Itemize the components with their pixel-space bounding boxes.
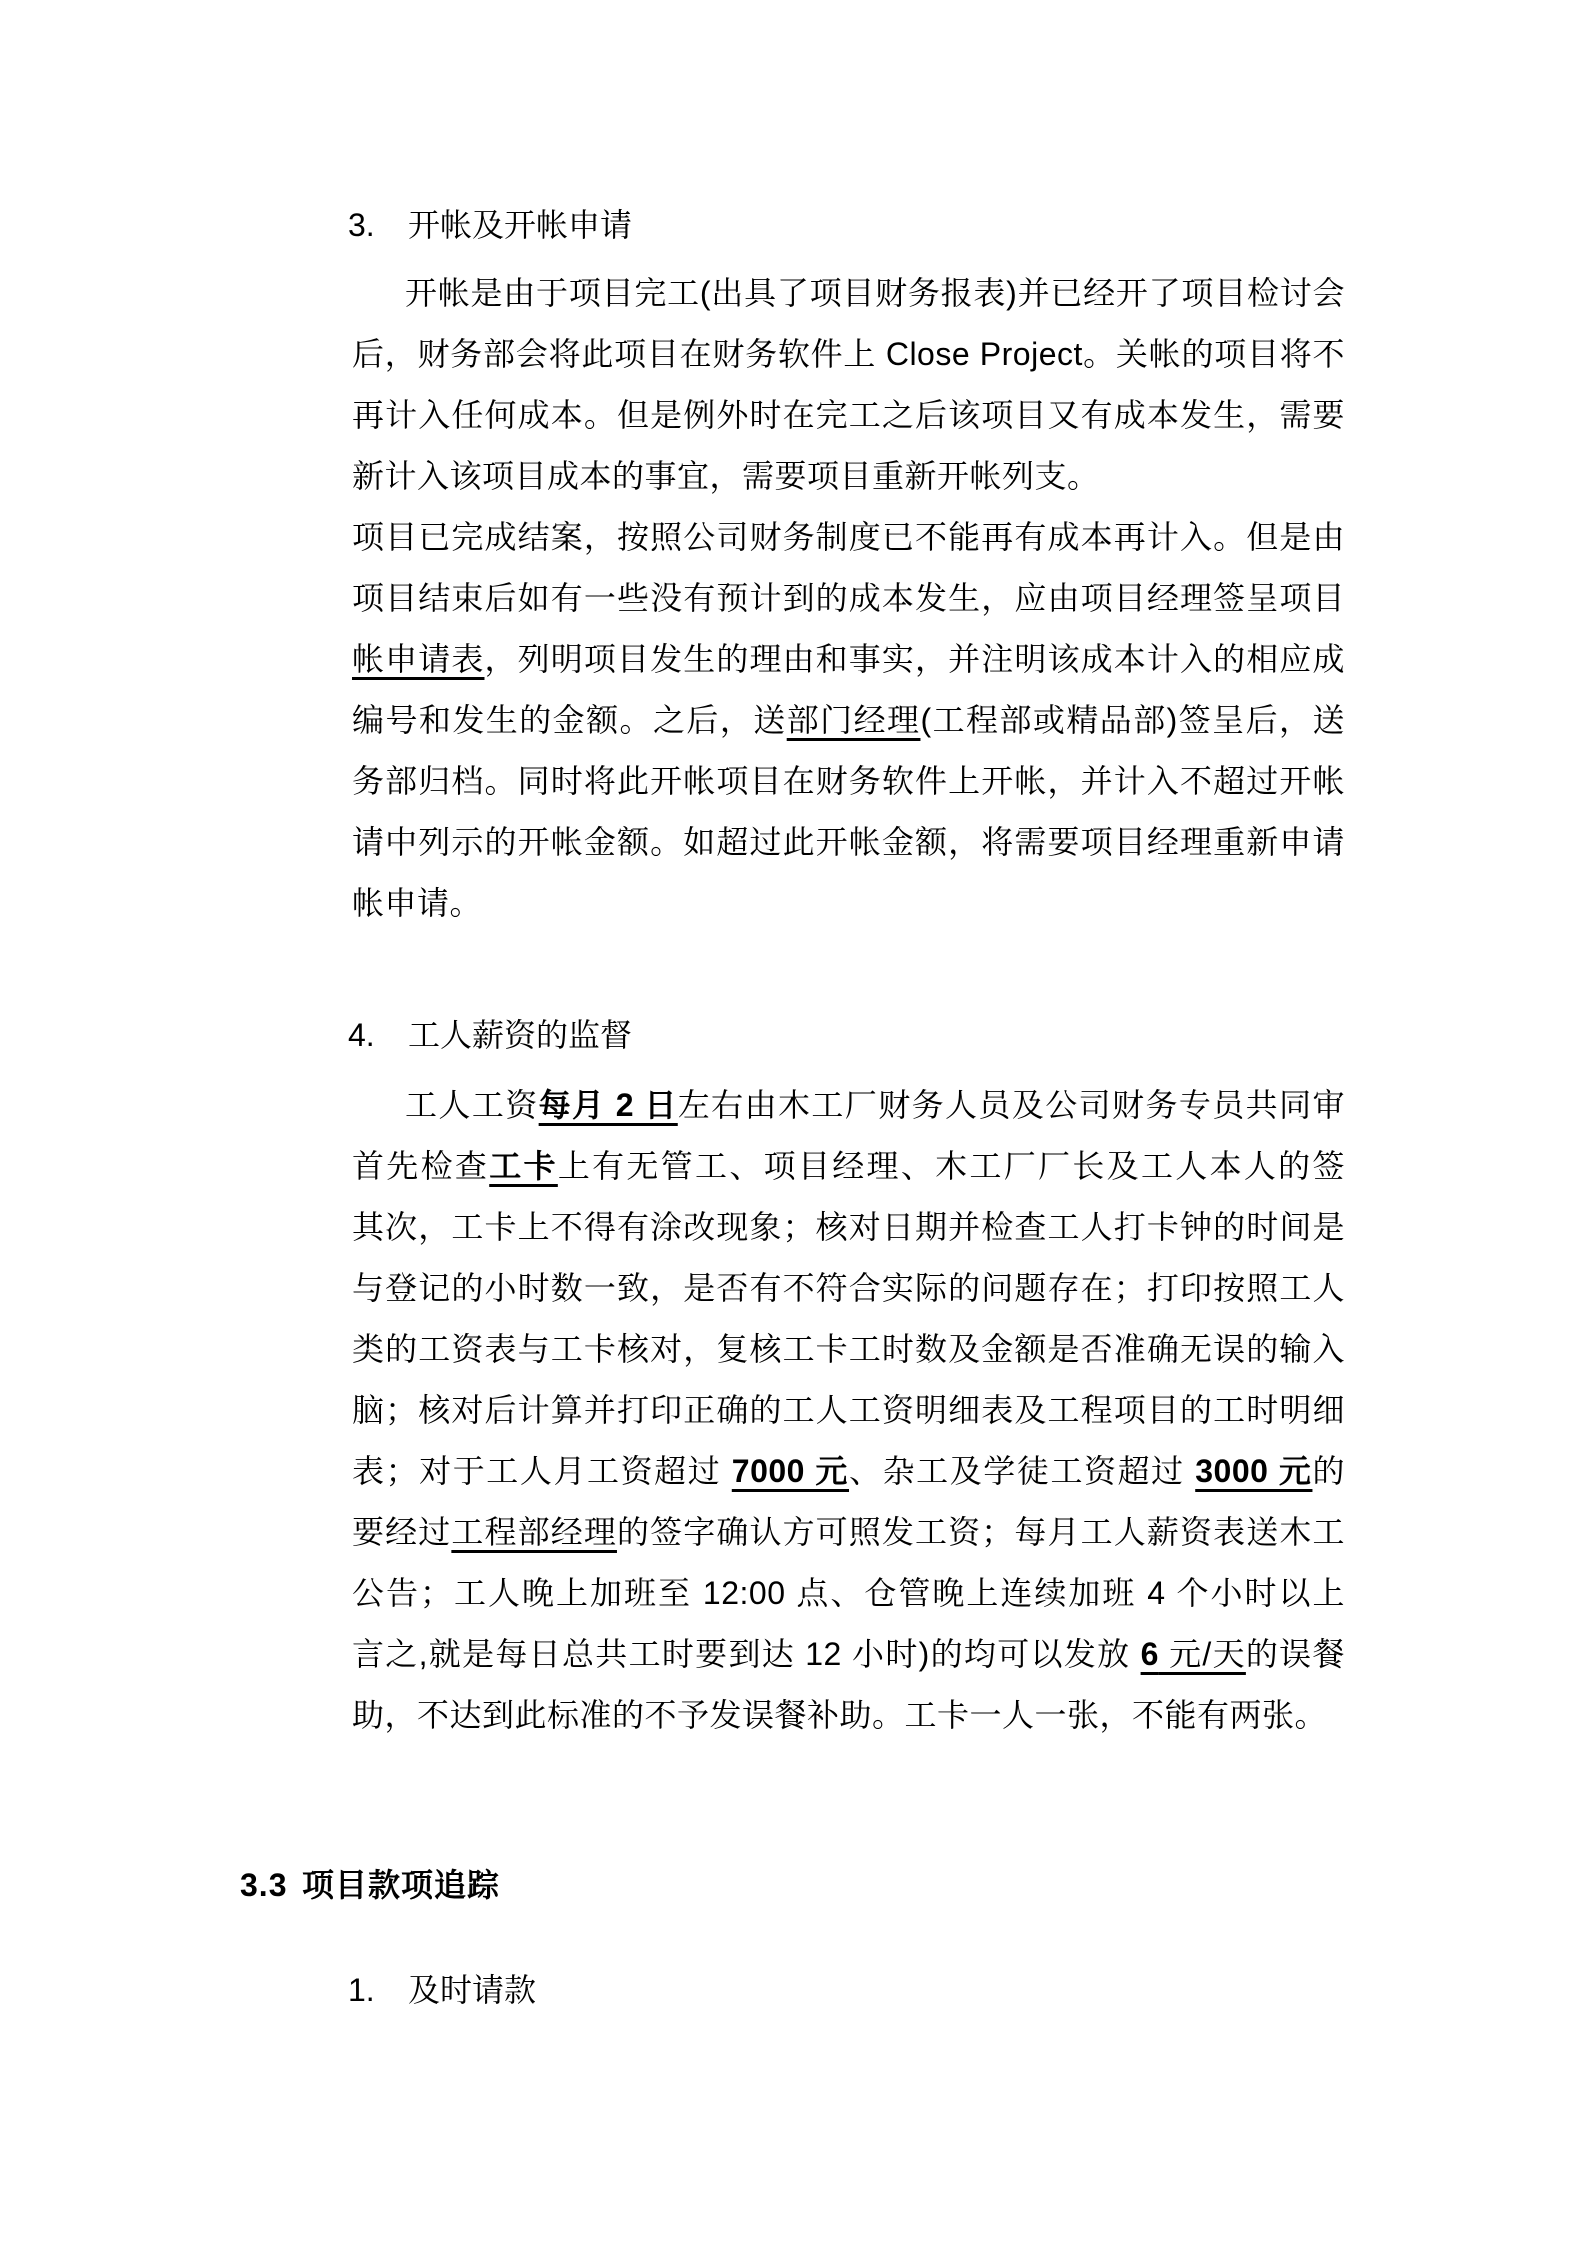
plain-text: 后，财务部会将此项目在财务软件上 Close Project。关帐的项目将不能 [352,336,1345,385]
plain-text: 再计入任何成本。但是例外时在完工之后该项目又有成本发生，需要重 [352,397,1345,446]
document-page: 3.开帐及开帐申请 开帐是由于项目完工(出具了项目财务报表)并已经开了项目检讨会… [0,0,1587,2245]
item-1-number: 1. [348,1960,408,2021]
emphasized-text: 6 [1141,1636,1159,1672]
plain-text: 务部归档。同时将此开帐项目在财务软件上开帐，并计入不超过开帐申 [352,763,1345,812]
section-3-3-number: 3.3 [240,1855,302,1916]
plain-text: 开帐是由于项目完工(出具了项目财务报表)并已经开了项目检讨会 [405,275,1345,311]
section-3-number: 3. [348,195,408,256]
plain-text: 其次，工卡上不得有涂改现象；核对日期并检查工人打卡钟的时间是否 [352,1209,1345,1258]
text-line: 要经过工程部经理的签字确认方可照发工资；每月工人薪资表送木工厂 [352,1502,1345,1563]
emphasized-text: 工程部经理 [451,1514,617,1550]
text-line: 工人工资每月 2 日左右由木工厂财务人员及公司财务专员共同审核。 [352,1075,1345,1136]
emphasized-text: 帐申请表 [352,641,484,677]
section-3-heading: 3.开帐及开帐申请 [348,195,632,256]
plain-text: 类的工资表与工卡核对，复核工卡工时数及金额是否准确无误的输入电 [352,1331,1345,1380]
plain-text: 要经过 [352,1514,451,1550]
item-1-title: 及时请款 [408,1972,536,2008]
plain-text: 助，不达到此标准的不予发误餐补助。工卡一人一张，不能有两张。 [352,1697,1327,1733]
text-line: 项目结束后如有一些没有预计到的成本发生，应由项目经理签呈项目开 [352,568,1345,629]
plain-text: 请中列示的开帐金额。如超过此开帐金额，将需要项目经理重新申请开 [352,824,1345,873]
emphasized-text: 3000 元 [1195,1453,1312,1489]
section-4-title: 工人薪资的监督 [408,1017,632,1053]
plain-text: 工人工资 [405,1087,539,1123]
text-line: 与登记的小时数一致，是否有不符合实际的问题存在；打印按照工人分 [352,1258,1345,1319]
text-line: 首先检查工卡上有无管工、项目经理、木工厂厂长及工人本人的签字； [352,1136,1345,1197]
section-4-number: 4. [348,1005,408,1066]
text-line: 其次，工卡上不得有涂改现象；核对日期并检查工人打卡钟的时间是否 [352,1197,1345,1258]
section-3-paragraph-2: 项目已完成结案，按照公司财务制度已不能再有成本再计入。但是由于项目结束后如有一些… [352,507,1345,934]
section-3-paragraph-1: 开帐是由于项目完工(出具了项目财务报表)并已经开了项目检讨会后，财务部会将此项目… [352,263,1345,507]
text-line: 帐申请。 [352,873,1345,934]
plain-text: 、杂工及学徒工资超过 [849,1453,1195,1489]
plain-text: 新计入该项目成本的事宜，需要项目重新开帐列支。 [352,458,1100,494]
plain-text: 与登记的小时数一致，是否有不符合实际的问题存在；打印按照工人分 [352,1270,1345,1319]
text-line: 编号和发生的金额。之后，送部门经理(工程部或精品部)签呈后，送财 [352,690,1345,751]
plain-text: 公告；工人晚上加班至 12:00 点、仓管晚上连续加班 4 个小时以上(换 [352,1575,1345,1624]
section-3-3-title: 项目款项追踪 [302,1867,500,1903]
text-line: 表；对于工人月工资超过 7000 元、杂工及学徒工资超过 3000 元的需 [352,1441,1345,1502]
emphasized-text: 每月 2 日 [539,1087,678,1123]
text-line: 言之,就是每日总共工时要到达 12 小时)的均可以发放 6 元/天的误餐补 [352,1624,1345,1685]
plain-text: 帐申请。 [352,885,482,921]
plain-text: 项目结束后如有一些没有预计到的成本发生，应由项目经理签呈项目 [352,580,1345,616]
plain-text: 脑；核对后计算并打印正确的工人工资明细表及工程项目的工时明细 [352,1392,1345,1428]
text-line: 脑；核对后计算并打印正确的工人工资明细表及工程项目的工时明细 [352,1380,1345,1441]
text-line: 项目已完成结案，按照公司财务制度已不能再有成本再计入。但是由于 [352,507,1345,568]
section-4-paragraph: 工人工资每月 2 日左右由木工厂财务人员及公司财务专员共同审核。首先检查工卡上有… [352,1075,1345,1746]
text-line: 再计入任何成本。但是例外时在完工之后该项目又有成本发生，需要重 [352,385,1345,446]
text-line: 助，不达到此标准的不予发误餐补助。工卡一人一张，不能有两张。 [352,1685,1345,1746]
text-line: 请中列示的开帐金额。如超过此开帐金额，将需要项目经理重新申请开 [352,812,1345,873]
plain-text: 项目已完成结案，按照公司财务制度已不能再有成本再计入。但是由于 [352,519,1345,568]
plain-text: 首先检查 [352,1148,489,1184]
text-line: 帐申请表，列明项目发生的理由和事实，并注明该成本计入的相应成本 [352,629,1345,690]
emphasized-text: 7000 元 [732,1453,849,1489]
section-3-3-heading: 3.3项目款项追踪 [240,1855,500,1916]
text-line: 公告；工人晚上加班至 12:00 点、仓管晚上连续加班 4 个小时以上(换 [352,1563,1345,1624]
section-3-3-item-1: 1.及时请款 [348,1960,536,2021]
text-line: 新计入该项目成本的事宜，需要项目重新开帐列支。 [352,446,1345,507]
emphasized-text: 部门经理 [787,702,921,738]
text-line: 务部归档。同时将此开帐项目在财务软件上开帐，并计入不超过开帐申 [352,751,1345,812]
plain-text: 表；对于工人月工资超过 [352,1453,732,1489]
section-4-heading: 4.工人薪资的监督 [348,1005,632,1066]
plain-text: 编号和发生的金额。之后，送 [352,702,787,738]
section-3-title: 开帐及开帐申请 [408,207,632,243]
text-line: 后，财务部会将此项目在财务软件上 Close Project。关帐的项目将不能 [352,324,1345,385]
plain-text: ，列明项目发生的理由和事实，并注明该成本计入的相应成本 [352,641,1345,690]
plain-text: 言之,就是每日总共工时要到达 12 小时)的均可以发放 [352,1636,1141,1672]
text-line: 开帐是由于项目完工(出具了项目财务报表)并已经开了项目检讨会 [352,263,1345,324]
text-line: 类的工资表与工卡核对，复核工卡工时数及金额是否准确无误的输入电 [352,1319,1345,1380]
emphasized-text: 工卡 [489,1148,558,1184]
emphasized-text: 元/天 [1159,1636,1246,1672]
